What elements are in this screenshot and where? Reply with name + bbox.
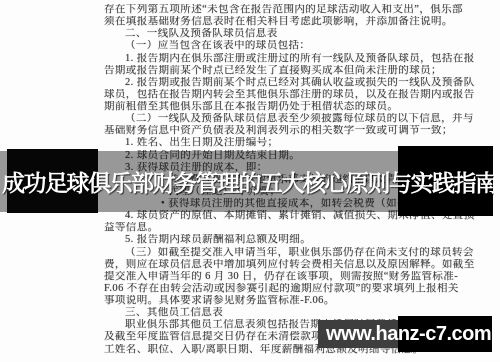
doc-line: 益等信息。 bbox=[104, 222, 496, 234]
doc-line: 存在下列第五项所述“未包含在报告范围内的足球活动收入和支出”，俱乐部 bbox=[104, 4, 496, 16]
doc-line: （三）如截至提交准入申请当年，职业俱乐部仍存在尚未支付的球员转会 bbox=[104, 247, 496, 259]
doc-line: 费，则应在球员信息表中增加填列应付转会费相关信息以及原因解释。如截至 bbox=[104, 259, 496, 271]
watermark-url: www.hanz-c7.com bbox=[326, 316, 494, 352]
headline-title: 成功足球俱乐部财务管理的五大核心原则与实践指南 bbox=[2, 151, 494, 212]
doc-line: 须在填报基础财务信息表时在相关科目考虑此项影响，并添加备注说明。 bbox=[104, 16, 496, 28]
doc-line: 告期或报告期前某个时点已经发生了直接购买成本但尚未注册的球员； bbox=[104, 65, 496, 77]
doc-line: 2. 报告期或报告期前某个时点已经对其确认收益或损失的一线队及预备队 bbox=[104, 77, 496, 89]
doc-line: 事项说明。具体要求请参见财务监管标准-F.06。 bbox=[104, 295, 496, 307]
doc-line: 球员，包括在报告期内转会至其他俱乐部注册的球员，以及在报告期内或报告 bbox=[104, 89, 496, 101]
doc-line: 二、一线队及预备队球员信息表 bbox=[104, 28, 496, 40]
doc-line: 1. 报告期内在俱乐部注册或注册过的所有一线队及预备队球员，包括在报 bbox=[104, 53, 496, 65]
doc-line: 基础财务信息中资产负债表及利润表列示的相关数字一致或可调节一致； bbox=[104, 125, 496, 137]
scanned-document-page: 存在下列第五项所述“未包含在报告范围内的足球活动收入和支出”，俱乐部须在填报基础… bbox=[0, 0, 500, 362]
doc-line: 5. 报告期内球员薪酬福利总额及明细。 bbox=[104, 234, 496, 246]
doc-line: F.06 不存在由转会活动或因参赛引起的逾期应付款项”的要求填列上报相关 bbox=[104, 283, 496, 295]
doc-line: 期前租借至其他俱乐部且在本报告期仍处于租借状态的球员。 bbox=[104, 101, 496, 113]
doc-line: 提交准入申请当年的 6 月 30 日，仍存在该事项，则需按照“财务监管标准- bbox=[104, 271, 496, 283]
doc-line: （一）应当包含在该表中的球员包括： bbox=[104, 40, 496, 52]
doc-line: （二）一线队及预备队球员信息表至少须披露每位球员的以下信息，并与 bbox=[104, 113, 496, 125]
